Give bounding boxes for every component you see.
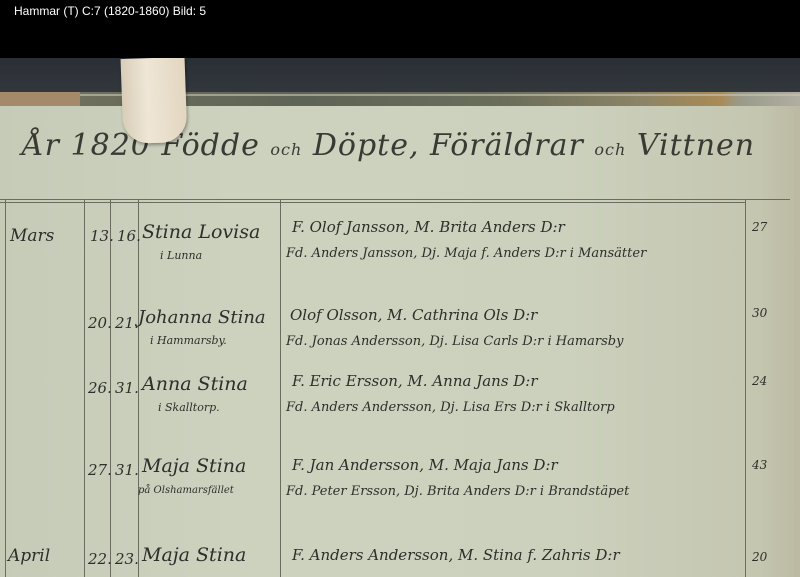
image-viewer[interactable]: År 1820 Födde och Döpte, Föräldrar och V… [0,58,800,577]
entry-baptized-day: 21. [115,314,139,332]
entry-place: i Skalltorp. [158,401,220,414]
entry-child-name: Maja Stina [142,455,246,477]
entry-month: Mars [10,226,54,246]
column-rule-parents [745,199,746,577]
entry-born-day: 22. [88,550,112,568]
entry-parents: F. Anders Andersson, M. Stina f. Zahris … [292,546,620,564]
heading-middle: Döpte, Föräldrar [313,128,584,163]
entry-place: i Hammarsby. [150,334,227,347]
entry-parents: F. Jan Andersson, M. Maja Jans D:r [292,456,558,474]
entry-age: 24 [752,374,767,388]
entry-child-name: Anna Stina [142,373,248,395]
page-edge-line [80,94,800,96]
register-page: År 1820 Födde och Döpte, Föräldrar och V… [0,106,800,577]
entry-parents: Olof Olsson, M. Cathrina Ols D:r [290,306,537,324]
entry-place: på Olshamarsfället [138,485,234,496]
entry-born-day: 13. [90,227,114,245]
heading-och-2: och [594,140,626,159]
entry-witnesses: Fd. Peter Ersson, Dj. Brita Anders D:r i… [286,484,629,499]
entry-age: 20 [752,550,767,564]
entry-child-name: Stina Lovisa [142,221,260,243]
entry-child-name: Johanna Stina [138,307,266,328]
entry-parents: F. Olof Jansson, M. Brita Anders D:r [292,218,565,236]
bookmark-strip [121,58,188,144]
entry-place: i Lunna [160,249,202,262]
heading-suffix: Vittnen [637,128,755,163]
header-rule [0,199,790,200]
entry-age: 43 [752,458,767,472]
entry-child-name: Maja Stina [142,544,246,566]
entry-baptized-day: 23. [115,550,139,568]
entry-age: 27 [752,220,767,234]
entry-parents: F. Eric Ersson, M. Anna Jans D:r [292,372,538,390]
title-bar: Hammar (T) C:7 (1820-1860) Bild: 5 [0,0,800,58]
entry-witnesses: Fd. Jonas Andersson, Dj. Lisa Carls D:r … [286,334,623,349]
column-rule-margin [5,199,6,577]
entry-month: April [8,546,50,566]
entry-baptized-day: 31. [115,461,139,479]
entry-age: 30 [752,306,767,320]
entry-witnesses: Fd. Anders Andersson, Dj. Lisa Ers D:r i… [286,400,615,415]
entry-baptized-day: 16. [117,227,141,245]
entry-witnesses: Fd. Anders Jansson, Dj. Maja f. Anders D… [286,246,646,261]
entry-born-day: 26. [88,379,112,397]
entry-born-day: 20. [88,314,112,332]
entry-baptized-day: 31. [115,379,139,397]
image-title: Hammar (T) C:7 (1820-1860) Bild: 5 [14,4,206,18]
column-rule-child [280,199,281,577]
header-rule-2 [0,202,745,203]
heading-och-1: och [270,140,302,159]
column-rule-month [84,199,85,577]
entry-born-day: 27. [88,461,112,479]
